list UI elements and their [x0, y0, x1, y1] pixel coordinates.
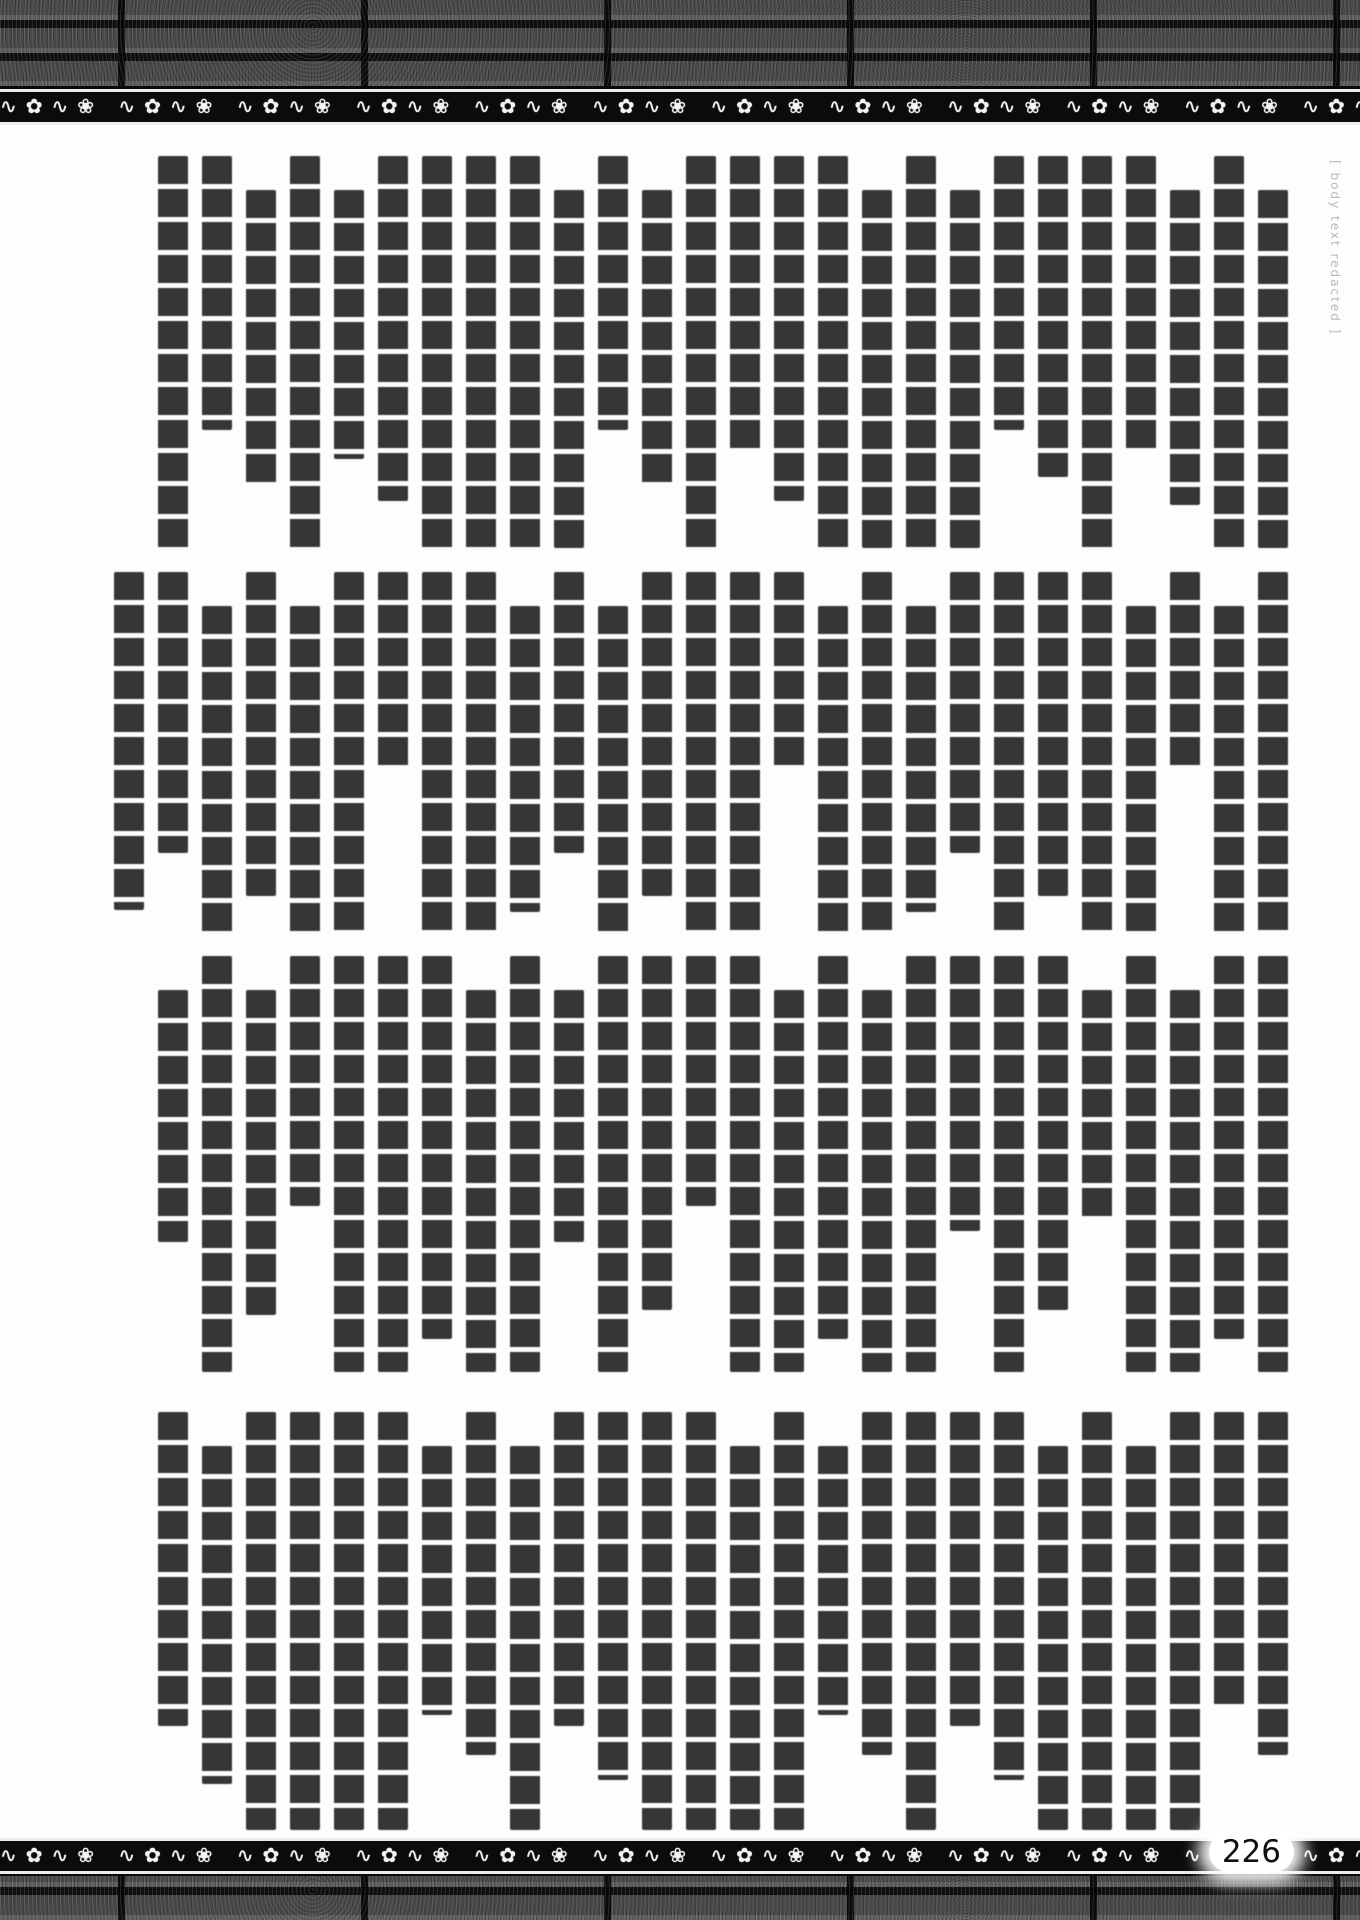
- redaction-notice: [ body text redacted ]: [1328, 160, 1342, 335]
- ornament-border-top: ∿✿∿❀ ∿✿∿❀ ∿✿∿❀ ∿✿∿❀ ∿✿∿❀ ∿✿∿❀ ∿✿∿❀ ∿✿∿❀ …: [0, 89, 1360, 125]
- redacted-text-column: [994, 572, 1024, 932]
- redacted-text-column: [1214, 1412, 1244, 1705]
- redacted-text-column: [290, 606, 320, 932]
- redacted-text-column: [378, 1412, 408, 1830]
- redacted-text-column: [1082, 1412, 1112, 1830]
- text-band-3: [138, 956, 1288, 1372]
- redacted-text-column: [1038, 1446, 1068, 1830]
- redacted-text-column: [1082, 990, 1112, 1219]
- redacted-text-column: [1170, 190, 1200, 505]
- book-page: ∿✿∿❀ ∿✿∿❀ ∿✿∿❀ ∿✿∿❀ ∿✿∿❀ ∿✿∿❀ ∿✿∿❀ ∿✿∿❀ …: [0, 0, 1360, 1920]
- redacted-text-column: [642, 572, 672, 896]
- redacted-text-column: [774, 156, 804, 501]
- redacted-text-column: [1126, 156, 1156, 450]
- redacted-text-column: [510, 606, 540, 912]
- redacted-text-column: [1170, 990, 1200, 1372]
- redacted-text-column: [466, 990, 496, 1372]
- redacted-text-column: [862, 1412, 892, 1755]
- redacted-text-column: [730, 1446, 760, 1830]
- redacted-text-column: [994, 1412, 1024, 1780]
- redacted-text-column: [1126, 606, 1156, 932]
- redacted-text-column: [1258, 956, 1288, 1372]
- redacted-text-column: [774, 1412, 804, 1830]
- redacted-text-column: [158, 572, 188, 853]
- redacted-text-column: [158, 990, 188, 1242]
- redacted-text-column: [554, 1412, 584, 1726]
- redacted-text-column: [1038, 956, 1068, 1310]
- redacted-text-column: [818, 1446, 848, 1715]
- redacted-text-column: [510, 156, 540, 548]
- redacted-text-column: [818, 956, 848, 1339]
- redacted-text-column: [1126, 956, 1156, 1372]
- redacted-text-column: [422, 156, 452, 548]
- redacted-text-column: [1038, 572, 1068, 896]
- page-number: 226: [1209, 1832, 1294, 1872]
- redacted-text-column: [1214, 956, 1244, 1339]
- redacted-text-column: [598, 156, 628, 430]
- redacted-text-column: [334, 190, 364, 459]
- redacted-text-column: [334, 572, 364, 932]
- floral-pattern: ∿✿∿❀ ∿✿∿❀ ∿✿∿❀ ∿✿∿❀ ∿✿∿❀ ∿✿∿❀ ∿✿∿❀ ∿✿∿❀ …: [0, 1843, 1360, 1867]
- redacted-text-column: [378, 956, 408, 1372]
- redacted-text-column: [906, 606, 936, 912]
- redacted-text-column: [466, 156, 496, 548]
- redacted-text-column: [202, 156, 232, 430]
- redacted-text-column: [862, 190, 892, 548]
- redacted-text-column: [466, 1412, 496, 1755]
- redacted-text-column: [774, 990, 804, 1372]
- redacted-text-column: [422, 1446, 452, 1715]
- redacted-text-column: [730, 156, 760, 450]
- redacted-text-column: [906, 956, 936, 1372]
- redacted-text-column: [1082, 156, 1112, 548]
- redacted-text-column: [774, 572, 804, 770]
- redacted-text-column: [598, 606, 628, 932]
- redacted-text-column: [1214, 606, 1244, 932]
- redacted-text-column: [246, 1412, 276, 1830]
- redacted-text-column: [422, 956, 452, 1339]
- redacted-text-column: [1258, 572, 1288, 932]
- text-band-1: [138, 156, 1288, 548]
- redacted-text-column: [510, 1446, 540, 1830]
- redacted-text-column: [334, 1412, 364, 1830]
- redacted-text-column: [422, 572, 452, 932]
- redacted-text-column: [290, 1412, 320, 1830]
- redacted-text-column: [686, 956, 716, 1206]
- redacted-text-column: [246, 190, 276, 484]
- brick-texture-bottom: [0, 1874, 1360, 1920]
- redacted-text-column: [994, 156, 1024, 430]
- redacted-text-column: [906, 1412, 936, 1830]
- redacted-text-column: [730, 572, 760, 932]
- redacted-text-column: [246, 990, 276, 1315]
- redacted-text-column: [1170, 1412, 1200, 1830]
- redacted-text-column: [862, 572, 892, 932]
- redacted-text-column: [950, 956, 980, 1231]
- redacted-text-column: [642, 190, 672, 484]
- redacted-text-column: [1082, 572, 1112, 932]
- redacted-text-column: [730, 956, 760, 1372]
- ornament-border-bottom: ∿✿∿❀ ∿✿∿❀ ∿✿∿❀ ∿✿∿❀ ∿✿∿❀ ∿✿∿❀ ∿✿∿❀ ∿✿∿❀ …: [0, 1838, 1360, 1874]
- redacted-text-column: [158, 156, 188, 548]
- redacted-text-column: [554, 990, 584, 1242]
- redacted-text-column: [642, 1412, 672, 1830]
- redacted-text-column: [598, 1412, 628, 1780]
- brick-texture-top: [0, 0, 1360, 89]
- redacted-text-column: [906, 156, 936, 548]
- redacted-text-column: [466, 572, 496, 932]
- redacted-text-column: [686, 572, 716, 932]
- redacted-text-column: [1258, 1412, 1288, 1755]
- redacted-text-column: [378, 156, 408, 501]
- redacted-text-column: [1038, 156, 1068, 477]
- redacted-text-column: [202, 606, 232, 932]
- redacted-text-column: [1126, 1446, 1156, 1830]
- redacted-text-column: [950, 1412, 980, 1726]
- redacted-text-column: [202, 1446, 232, 1784]
- redacted-text-column: [686, 156, 716, 548]
- redacted-text-column: [642, 956, 672, 1310]
- redacted-text-column: [686, 1412, 716, 1830]
- redacted-text-column: [862, 990, 892, 1372]
- redacted-text-column: [554, 190, 584, 548]
- redacted-text-column: [1258, 190, 1288, 548]
- redacted-text-column: [334, 956, 364, 1372]
- redacted-text-column: [818, 156, 848, 548]
- redacted-text-column: [158, 1412, 188, 1726]
- floral-pattern: ∿✿∿❀ ∿✿∿❀ ∿✿∿❀ ∿✿∿❀ ∿✿∿❀ ∿✿∿❀ ∿✿∿❀ ∿✿∿❀ …: [0, 94, 1360, 118]
- redacted-text-column: [554, 572, 584, 853]
- redacted-text-column: [818, 606, 848, 932]
- redacted-text-column: [378, 572, 408, 770]
- redacted-text-column: [994, 956, 1024, 1372]
- redacted-text-column: [950, 190, 980, 548]
- redacted-text-column: [1170, 572, 1200, 770]
- text-band-2: [138, 572, 1288, 932]
- redacted-text-column: [1214, 156, 1244, 548]
- redacted-text-column: [290, 156, 320, 548]
- redacted-text-column: [510, 956, 540, 1372]
- redacted-text-column: [950, 572, 980, 853]
- text-band-4: [138, 1412, 1288, 1830]
- redacted-text-column: [598, 956, 628, 1372]
- redacted-text-column: [290, 956, 320, 1206]
- redacted-text-column: [114, 572, 144, 910]
- redacted-text-column: [202, 956, 232, 1372]
- redacted-text-column: [246, 572, 276, 896]
